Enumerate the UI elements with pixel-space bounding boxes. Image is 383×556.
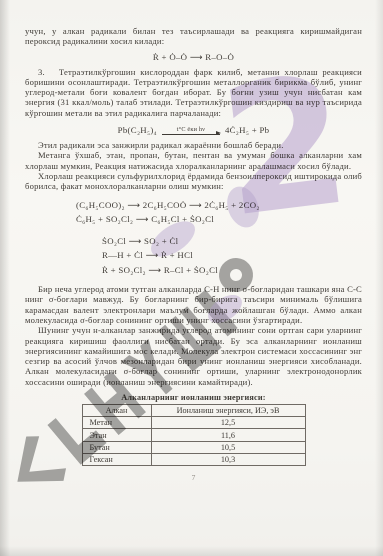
paragraph-other-alkanes: Метанга ўхшаб, этан, пропан, бутан, пент… — [25, 150, 362, 171]
mechanism-step: Ṙ + SO₂Cl₂ ⟶ R–Cl + ṠO₂Cl — [102, 263, 311, 278]
table-row: Метан 12,5 — [82, 417, 305, 429]
table-header-alkane: Алкан — [82, 405, 151, 417]
reaction-mechanism-block: (C₆H₅COO)₂ ⟶ 2C₆H₅COȮ ⟶ 2Ċ₆H₅ + 2CO₂ Ċ₆H… — [76, 198, 311, 278]
paragraph-peroxide-intro: учун, у алкан радикали билан тез таъсирл… — [25, 26, 362, 47]
formula-peroxide-radical: Ṙ + Ȯ–Ȯ ⟶ R–O–Ȯ — [25, 52, 362, 63]
page-text-block: учун, у алкан радикали билан тез таъсирл… — [25, 26, 362, 482]
table-row: Гексан 10,3 — [82, 453, 305, 465]
page-right-edge-shadow — [375, 0, 383, 556]
table-title: Алканларнинг ионланиш энергияси: — [25, 393, 362, 402]
mechanism-step: Ċ₆H₅ + SO₂Cl₂ ⟶ C₆H₅Cl + ṠO₂Cl — [76, 212, 311, 227]
table-row: Бутан 10,5 — [82, 441, 305, 453]
alkane-name: Этан — [82, 429, 151, 441]
alkane-name: Гексан — [82, 453, 151, 465]
mechanism-step: R—H + Ċl ⟶ Ṙ + HCl — [102, 248, 311, 263]
paragraph-tetraethyllead: 3.Тетраэтилкўргошин кислороддан фарк кил… — [25, 67, 362, 118]
table-header-row: Алкан Ионланиш энергияси, ИЭ, эВ — [82, 405, 305, 417]
table-row: Этан 11,6 — [82, 429, 305, 441]
scanned-document-page: учун, у алкан радикали билан тез таъсирл… — [0, 0, 383, 556]
arrow-head — [216, 131, 221, 135]
table-header-energy: Ионланиш энергияси, ИЭ, эВ — [151, 405, 305, 417]
formula-right-side: 4Ċ₂H₅ + Pb — [225, 125, 269, 135]
reaction-condition-label: t°C ёки hν — [173, 126, 209, 134]
page-number: 7 — [25, 473, 362, 482]
page-left-edge-shadow — [0, 0, 10, 556]
alkane-name: Бутан — [82, 441, 151, 453]
mechanism-step: ṠO₂Cl ⟶ SO₂ + Ċl — [102, 234, 311, 249]
ionization-energy-table: Алкан Ионланиш энергияси, ИЭ, эВ Метан 1… — [82, 404, 306, 466]
paragraph-ethyl-radical: Этил радикали эса занжирли радикал жараё… — [25, 140, 362, 150]
alkane-energy-value: 10,5 — [151, 441, 305, 453]
paragraph-ionization-energy: Шунинг учун н-алканлар занжирида углерод… — [25, 325, 362, 387]
paragraph-sigma-bonds: Бир неча углерод атоми тутган алканларда… — [25, 284, 362, 325]
alkane-energy-value: 10,3 — [151, 453, 305, 465]
reaction-arrow: t°C ёки hν — [162, 126, 220, 135]
paragraph-sulfuryl-chloride: Хлорлаш реакцияси сульфурилхлорид ёрдами… — [25, 171, 362, 192]
formula-tetraethyllead-decomposition: Pb(C₂H₅)₄ t°C ёки hν 4Ċ₂H₅ + Pb — [25, 125, 362, 135]
mechanism-step: (C₆H₅COO)₂ ⟶ 2C₆H₅COȮ ⟶ 2Ċ₆H₅ + 2CO₂ — [76, 198, 311, 213]
paragraph-tetraethyllead-text: Тетраэтилкўргошин кислороддан фарк килиб… — [25, 67, 362, 118]
list-item-number: 3. — [38, 67, 45, 77]
arrow-line — [162, 134, 220, 135]
page-bottom-edge-shadow — [0, 546, 383, 556]
alkane-energy-value: 12,5 — [151, 417, 305, 429]
alkane-name: Метан — [82, 417, 151, 429]
formula-left-side: Pb(C₂H₅)₄ — [118, 125, 157, 135]
alkane-energy-value: 11,6 — [151, 429, 305, 441]
